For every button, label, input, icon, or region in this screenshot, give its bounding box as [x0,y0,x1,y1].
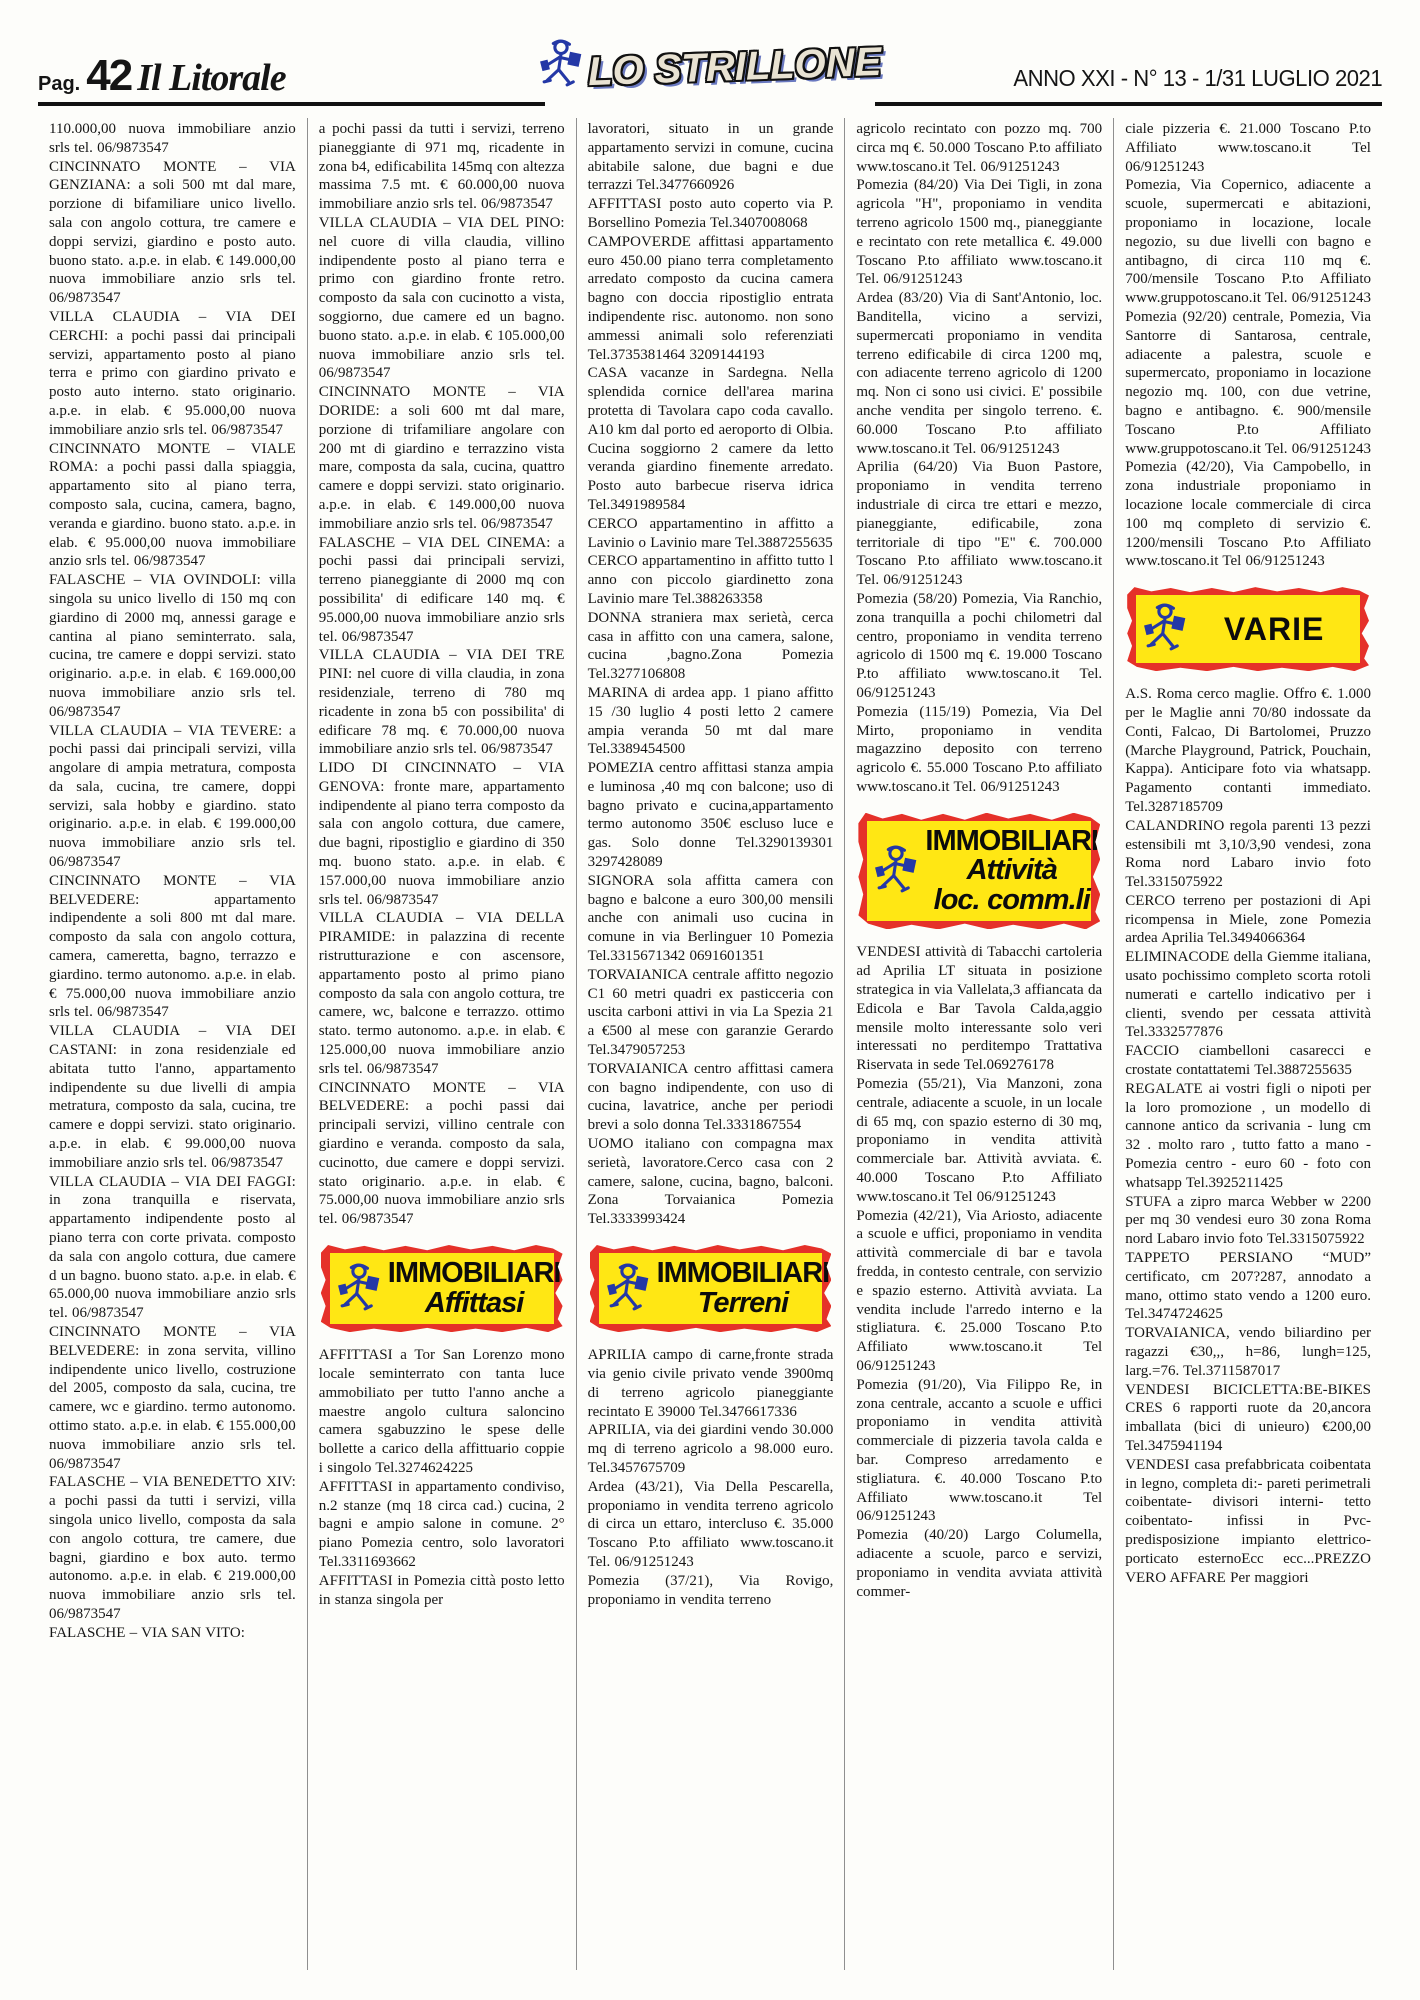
classified-ad: FALASCHE – VIA BENEDETTO XIV: a pochi pa… [49,1473,296,1623]
classified-ad: CERCO appartamentino in affitto a Lavini… [588,515,834,553]
section-banner-label: IMMOBILIARI [657,1259,830,1289]
classified-ad: AFFITTASI a Tor San Lorenzo mono locale … [319,1346,565,1478]
section-banner: IMMOBILIARITerreni [590,1245,832,1332]
classified-ad: APRILIA campo di carne,fronte strada via… [588,1346,834,1421]
section-banner-inner: IMMOBILIARIAffittasi [330,1253,554,1324]
classified-ad: VILLA CLAUDIA – VIA TEVERE: a pochi pass… [49,722,296,872]
classified-ad: AFFITTASI posto auto coperto via P. Bors… [588,195,834,233]
section-banner-label: loc. comm.li [925,886,1098,916]
classified-ad: Pomezia (42/20), Via Campobello, in zona… [1125,458,1371,571]
section-banner-label: Terreni [657,1289,830,1319]
classified-ad: CAMPOVERDE affittasi appartamento euro 4… [588,233,834,365]
section-banner-label: VARIE [1194,612,1354,647]
classified-ad: Pomezia (37/21), Via Rovigo, proponiamo … [588,1572,834,1610]
classified-ad: TAPPETO PERSIANO “MUD” certificato, cm 2… [1125,1249,1371,1324]
classified-ad: LIDO DI CINCINNATO – VIA GENOVA: fronte … [319,759,565,909]
logo-text: LO STRILLONE [588,39,883,94]
classified-ad: CERCO terreno per postazioni di Api rico… [1125,892,1371,948]
classified-ad: Pomezia (40/20) Largo Columella, adiacen… [856,1526,1102,1601]
classified-ad: TORVAIANICA, vendo biliardino per ragazz… [1125,1324,1371,1380]
newsboy-icon [1142,601,1188,657]
classified-ad: VILLA CLAUDIA – VIA DEI CASTANI: in zona… [49,1022,296,1172]
section-banner-label: Attività [925,856,1098,886]
section-banner: VARIE [1127,587,1369,671]
classified-ad: CASA vacanze in Sardegna. Nella splendid… [588,364,834,514]
classified-ad: VILLA CLAUDIA – VIA DEL PINO: nel cuore … [319,214,565,383]
classified-ad: a pochi passi da tutti i servizi, terren… [319,120,565,214]
classified-ad: Pomezia (84/20) Via Dei Tigli, in zona a… [856,176,1102,289]
classified-ad: CINCINNATO MONTE – VIA BELVEDERE: appart… [49,872,296,1022]
classified-ad: POMEZIA centro affittasi stanza ampia e … [588,759,834,872]
column-2: a pochi passi da tutti i servizi, terren… [307,118,576,1970]
classified-ad: Pomezia (55/21), Via Manzoni, zona centr… [856,1075,1102,1207]
classified-ad: AFFITTASI in appartamento condiviso, n.2… [319,1478,565,1572]
newsboy-icon [605,1261,651,1317]
classified-ad: TORVAIANICA centrale affitto negozio C1 … [588,966,834,1060]
classified-ad: ELIMINACODE della Giemme italiana, usato… [1125,948,1371,1042]
classified-ad: Ardea (83/20) Via di Sant'Antonio, loc. … [856,289,1102,458]
classified-ad: FALASCHE – VIA DEL CINEMA: a pochi passi… [319,534,565,647]
classified-ad: Pomezia, Via Copernico, adiacente a scuo… [1125,176,1371,308]
classified-ad: A.S. Roma cerco maglie. Offro €. 1.000 p… [1125,685,1371,817]
classified-ad: VENDESI casa prefabbricata coibentata in… [1125,1456,1371,1588]
classified-ad: SIGNORA sola affitta camera con bagno e … [588,872,834,966]
classified-ad: Pomezia (58/20) Pomezia, Via Ranchio, zo… [856,590,1102,703]
section-banner-inner: VARIE [1136,595,1360,663]
classifieds-content: 110.000,00 nuova immobiliare anzio srls … [38,118,1382,1970]
classified-ad: Pomezia (91/20), Via Filippo Re, in zona… [856,1376,1102,1526]
classified-ad: FALASCHE – VIA SAN VITO: [49,1624,296,1643]
column-3: lavoratori, situato in un grande apparta… [576,118,845,1970]
page-label: Pag. [38,73,80,96]
classified-ad: Pomezia (115/19) Pomezia, Via Del Mirto,… [856,703,1102,797]
classified-ad: Ardea (43/21), Via Della Pescarella, pro… [588,1478,834,1572]
classified-ad: Aprilia (64/20) Via Buon Pastore, propon… [856,458,1102,590]
section-banner-label: Affittasi [388,1289,561,1319]
classified-ad: CINCINNATO MONTE – VIA BELVEDERE: a poch… [319,1079,565,1229]
classified-ad: Pomezia (92/20) centrale, Pomezia, Via S… [1125,308,1371,458]
logo-newsboy-slot [538,37,584,98]
classified-ad: AFFITTASI in Pomezia città posto letto i… [319,1572,565,1610]
section-banner-label: IMMOBILIARI [388,1259,561,1289]
classified-ad: APRILIA, via dei giardini vendo 30.000 m… [588,1421,834,1477]
classified-ad: DONNA straniera max serietà, cerca casa … [588,609,834,684]
column-1: 110.000,00 nuova immobiliare anzio srls … [38,118,307,1970]
classified-ad: CINCINNATO MONTE – VIA GENZIANA: a soli … [49,158,296,308]
section-banner-inner: IMMOBILIARITerreni [599,1253,823,1324]
classified-ad: VENDESI BICICLETTA:BE-BIKES CRES 6 rappo… [1125,1381,1371,1456]
classified-ad: agricolo recintato con pozzo mq. 700 cir… [856,120,1102,176]
classified-ad: REGALATE ai vostri figli o nipoti per la… [1125,1080,1371,1193]
classified-ad: CINCINNATO MONTE – VIA DORIDE: a soli 60… [319,383,565,533]
section-banner: IMMOBILIARIAttivitàloc. comm.li [858,813,1100,930]
section-banner-inner: IMMOBILIARIAttivitàloc. comm.li [867,821,1091,922]
classified-ad: Pomezia (42/21), Via Ariosto, adiacente … [856,1207,1102,1376]
classified-ad: 110.000,00 nuova immobiliare anzio srls … [49,120,296,158]
newsboy-icon [873,843,919,899]
classified-ad: VILLA CLAUDIA – VIA DEI TRE PINI: nel cu… [319,646,565,759]
classified-ad: FALASCHE – VIA OVINDOLI: villa singola s… [49,571,296,721]
newsboy-icon [538,37,584,93]
classified-ad: VENDESI attività di Tabacchi cartoleria … [856,943,1102,1075]
classified-ad: VILLA CLAUDIA – VIA DELLA PIRAMIDE: in p… [319,909,565,1078]
column-5: ciale pizzeria €. 21.000 Toscano P.to Af… [1113,118,1382,1970]
section-banner: IMMOBILIARIAffittasi [321,1245,563,1332]
classified-ad: ciale pizzeria €. 21.000 Toscano P.to Af… [1125,120,1371,176]
classified-ad: CERCO appartamentino in affitto tutto l … [588,552,834,608]
newspaper-page: Pag. 42 Il Litorale LO STRILLONE ANNO XX… [0,0,1420,2000]
classified-ad: STUFA a zipro marca Webber w 2200 per mq… [1125,1193,1371,1249]
classified-ad: CINCINNATO MONTE – VIA BELVEDERE: in zon… [49,1323,296,1473]
newsboy-icon [336,1261,382,1317]
classified-ad: lavoratori, situato in un grande apparta… [588,120,834,195]
classified-ad: CALANDRINO regola parenti 13 pezzi esten… [1125,817,1371,892]
classified-ad: MARINA di ardea app. 1 piano affitto 15 … [588,684,834,759]
classified-ad: TORVAIANICA centro affittasi camera con … [588,1060,834,1135]
column-4: agricolo recintato con pozzo mq. 700 cir… [844,118,1113,1970]
section-banner-label: IMMOBILIARI [925,827,1098,857]
masthead-title: Il Litorale [137,63,285,93]
classified-ad: CINCINNATO MONTE – VIALE ROMA: a pochi p… [49,440,296,572]
issue-info: ANNO XXI - N° 13 - 1/31 LUGLIO 2021 [1013,65,1382,102]
classified-ad: VILLA CLAUDIA – VIA DEI FAGGI: in zona t… [49,1173,296,1323]
page-number: 42 [86,58,131,93]
classified-ad: FACCIO ciambelloni casarecci e crostate … [1125,1042,1371,1080]
page-header: Pag. 42 Il Litorale LO STRILLONE ANNO XX… [38,30,1382,106]
classified-ad: VILLA CLAUDIA – VIA DEI CERCHI: a pochi … [49,308,296,440]
strillone-logo: LO STRILLONE [545,24,875,110]
masthead: Pag. 42 Il Litorale [38,58,286,102]
classified-ad: UOMO italiano con compagna max serietà, … [588,1135,834,1229]
